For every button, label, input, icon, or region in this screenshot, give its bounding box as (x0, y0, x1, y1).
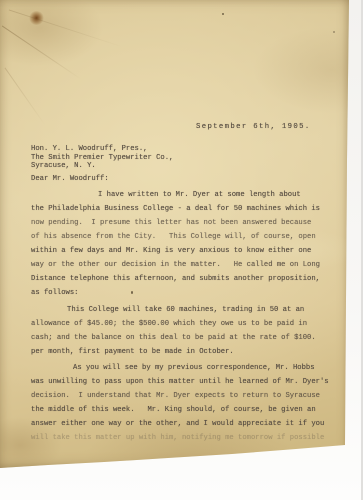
letter-line: As you will see by my previous correspon… (31, 361, 333, 375)
letter-paper: September 6th, 1905. Hon. Y. L. Woodruff… (0, 0, 350, 470)
letter-date: September 6th, 1905. (196, 123, 311, 131)
letter-line: was unwilling to pass upon this matter u… (31, 375, 333, 389)
letter-line: cash; and the balance on this deal to be… (31, 331, 333, 345)
paper-crease (5, 68, 46, 126)
letter-line: way or the other our decision in the mat… (31, 258, 333, 272)
letter-line: This College will take 60 machines, trad… (31, 303, 333, 317)
paper-speck (333, 31, 335, 33)
letter-line: now pending. I presume this letter has n… (31, 216, 333, 230)
letter-line: answer either one way or the other, and … (31, 417, 333, 431)
recipient-company: The Smith Premier Typewriter Co., (31, 154, 173, 163)
salutation: Dear Mr. Woodruff: (31, 175, 109, 183)
paper-crease (2, 26, 81, 80)
letter-line: of his absence from the City. This Colle… (31, 230, 333, 244)
letter-line: I have written to Mr. Dyer at some lengt… (31, 188, 333, 202)
letter-line: the Philadelphia Business College - a de… (31, 202, 333, 216)
letter-line: decision. I understand that Mr. Dyer exp… (31, 389, 333, 403)
scanned-letter-page: { "colors": { "paper": "#dcc897", "ink":… (0, 0, 363, 500)
letter-line: within a few days and Mr. King is very a… (31, 244, 333, 258)
letter-line: per month, first payment to be made in O… (31, 345, 333, 359)
paper-speck (222, 13, 224, 15)
recipient-name: Hon. Y. L. Woodruff, Pres., (31, 145, 173, 154)
letter-line: Distance telephone this afternoon, and s… (31, 272, 333, 286)
recipient-address: Hon. Y. L. Woodruff, Pres., The Smith Pr… (31, 145, 173, 171)
letter-line: as follows: (31, 286, 333, 300)
letter-line: the middle of this week. Mr. King should… (31, 403, 333, 417)
recipient-city: Syracuse, N. Y. (31, 162, 173, 171)
letter-line: allowance of $45.00; the $500.00 which t… (31, 317, 333, 331)
letter-line-faded: will take this matter up with him, notif… (31, 431, 333, 445)
letter-body: I have written to Mr. Dyer at some lengt… (31, 188, 333, 445)
